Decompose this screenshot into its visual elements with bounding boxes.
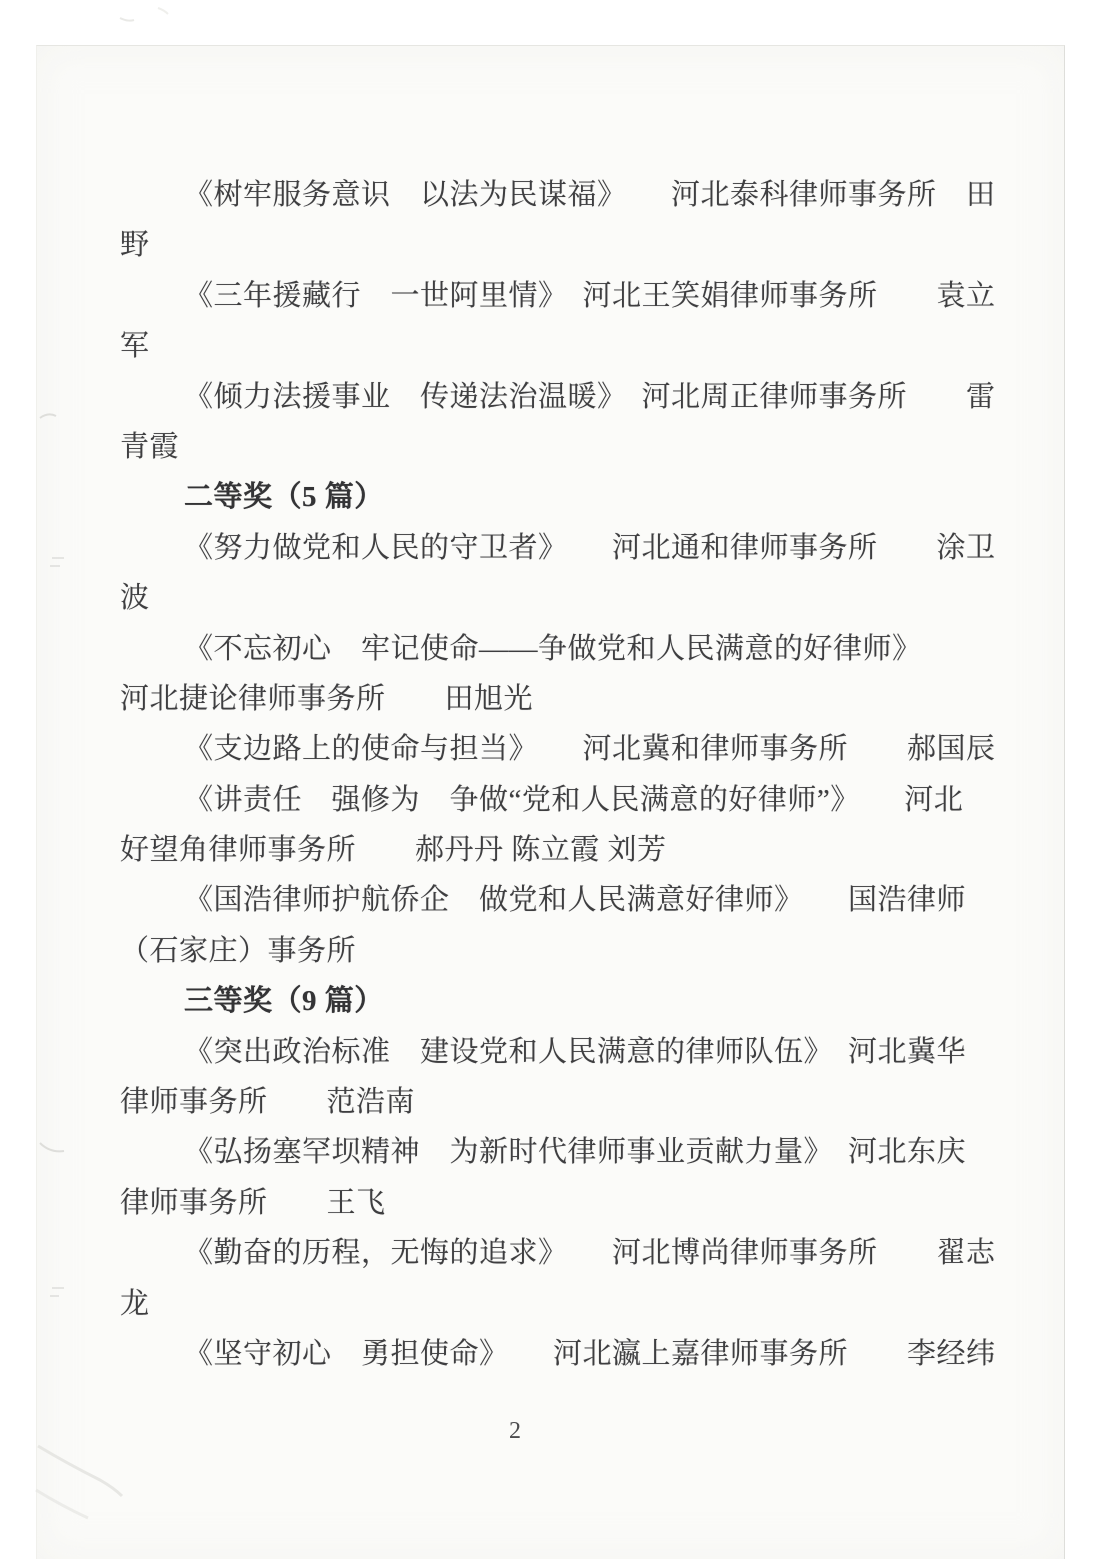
document-text-line: 波	[120, 573, 990, 623]
page-number: 2	[120, 1418, 910, 1445]
document-text-line: 《坚守初心 勇担使命》 河北瀛上嘉律师事务所 李经纬	[120, 1329, 990, 1379]
document-text-line: 《支边路上的使命与担当》 河北冀和律师事务所 郝国辰	[120, 724, 990, 774]
award-tier-heading: 三等奖（9 篇）	[120, 976, 990, 1026]
document-text-line: 野	[120, 220, 990, 270]
document-text-line: 《努力做党和人民的守卫者》 河北通和律师事务所 涂卫	[120, 523, 990, 573]
document-text-line: 《讲责任 强修为 争做“党和人民满意的好律师”》 河北	[120, 775, 990, 825]
document-text-line: 《勤奋的历程，无悔的追求》 河北博尚律师事务所 翟志	[120, 1228, 990, 1278]
document-text-line: 《倾力法援事业 传递法治温暖》 河北周正律师事务所 雷	[120, 372, 990, 422]
award-tier-heading: 二等奖（5 篇）	[120, 472, 990, 522]
document-text-line: 军	[120, 321, 990, 371]
document-page: 《树牢服务意识 以法为民谋福》 河北泰科律师事务所 田野《三年援藏行 一世阿里情…	[0, 0, 1103, 1559]
document-text-line: 河北捷论律师事务所 田旭光	[120, 674, 990, 724]
document-text-line: （石家庄）事务所	[120, 926, 990, 976]
document-text-line: 《弘扬塞罕坝精神 为新时代律师事业贡献力量》 河北东庆	[120, 1127, 990, 1177]
document-text-line: 《不忘初心 牢记使命——争做党和人民满意的好律师》	[120, 624, 990, 674]
award-list: 《树牢服务意识 以法为民谋福》 河北泰科律师事务所 田野《三年援藏行 一世阿里情…	[120, 170, 990, 1379]
document-text-line: 律师事务所 范浩南	[120, 1077, 990, 1127]
document-text-line: 律师事务所 王飞	[120, 1178, 990, 1228]
document-text-line: 《突出政治标准 建设党和人民满意的律师队伍》 河北冀华	[120, 1027, 990, 1077]
document-text-line: 好望角律师事务所 郝丹丹 陈立霞 刘芳	[120, 825, 990, 875]
document-text-line: 青霞	[120, 422, 990, 472]
document-text-line: 《三年援藏行 一世阿里情》 河北王笑娟律师事务所 袁立	[120, 271, 990, 321]
document-text-line: 龙	[120, 1279, 990, 1329]
document-text-line: 《国浩律师护航侨企 做党和人民满意好律师》 国浩律师	[120, 875, 990, 925]
document-text-line: 《树牢服务意识 以法为民谋福》 河北泰科律师事务所 田	[120, 170, 990, 220]
